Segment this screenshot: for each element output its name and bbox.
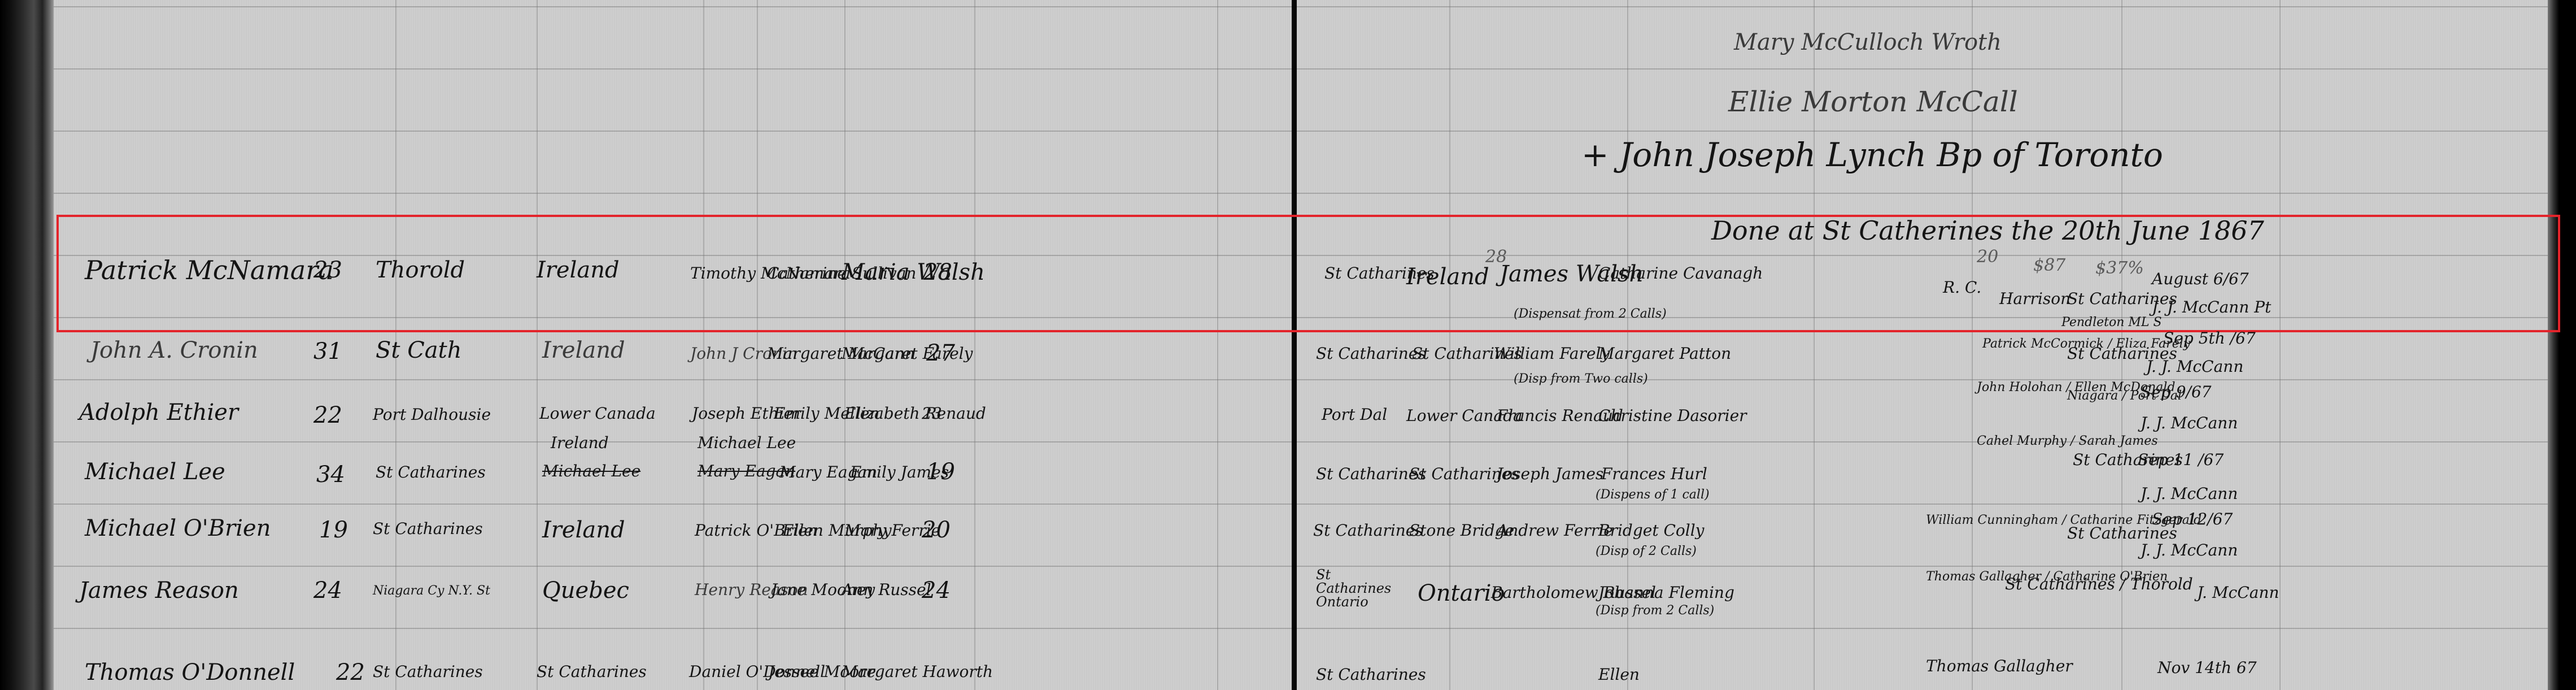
confirmation-note: Done at St Catherines the 20th June 1867 [1711, 218, 2264, 244]
book-edge-right [2548, 0, 2576, 690]
dispensation-note: (Dispensat from 2 Calls) [1514, 308, 1667, 320]
bride-father: Andrew Ferrie [1497, 523, 1613, 539]
signature-line-1: Mary McCulloch Wroth [1734, 31, 2002, 54]
groom-birthplace: Ireland [542, 339, 625, 362]
religion: R. C. [1943, 280, 1981, 296]
bishop-signature: + John Joseph Lynch Bp of Toronto [1581, 138, 2163, 171]
bride-mother: Johanna Fleming [1598, 585, 1734, 601]
book-spine-left [0, 0, 54, 690]
groom-birthplace: Ireland [551, 435, 609, 451]
bride-age: 28 [923, 261, 952, 284]
groom-residence: St Catharines [376, 465, 486, 480]
column-rule [1217, 0, 1218, 690]
bride-age: 19 [926, 461, 955, 483]
officiant: J. J. McCann Pt [2152, 300, 2271, 315]
bride-father: William Farely [1494, 346, 1610, 362]
bride-age: 20 [922, 519, 951, 541]
officiant: J. McCann [2197, 585, 2279, 601]
groom-residence: St Catharines [373, 521, 483, 537]
column-rule [537, 0, 538, 690]
groom-age: 31 [313, 340, 342, 363]
bride-mother: Ellen [1598, 667, 1640, 683]
groom-name: Patrick McNamara [85, 257, 334, 283]
bride-age: 27 [926, 342, 955, 364]
marriage-date: Sep 5th /67 [2163, 331, 2256, 346]
groom-residence: Niagara Cy N.Y. St [373, 585, 490, 597]
officiant: J. J. McCann [2141, 543, 2238, 558]
bride-name: Maria Walsh [842, 261, 985, 284]
groom-age: 24 [313, 579, 342, 602]
groom-residence: St Catharines [373, 664, 483, 680]
dispensation-note: (Disp of 2 Calls) [1596, 545, 1697, 558]
bride-name: Ann Russel [842, 582, 931, 598]
bride-mother: Frances Hurl [1601, 466, 1707, 482]
groom-age: 22 [313, 404, 342, 427]
marriage-date: August 6/67 [2152, 271, 2249, 287]
dispensation-note: (Disp from 2 Calls) [1596, 605, 1714, 617]
witnesses: Thomas Gallagher [1926, 658, 2073, 674]
groom-name: Thomas O'Donnell [85, 661, 295, 684]
bride-birthplace: Ireland [1406, 266, 1489, 288]
bride-residence: Port Dal [1322, 407, 1387, 423]
officiant: J. J. McCann [2141, 415, 2238, 431]
pencil-note: $37% [2095, 260, 2144, 277]
groom-birthplace: Ireland [542, 519, 625, 541]
dispensation-note: (Disp from Two calls) [1514, 373, 1648, 385]
bride-age: 23 [922, 406, 942, 422]
groom-name: Michael Lee [85, 461, 225, 483]
groom-birthplace: Lower Canada [539, 406, 656, 422]
marriage-date: Nov 14th 67 [2157, 660, 2257, 676]
signature-line-2: Ellie Morton McCall [1728, 88, 2018, 116]
groom-age: 19 [319, 519, 348, 541]
column-rule [2279, 0, 2281, 690]
groom-name: John A. Cronin [90, 339, 258, 362]
groom-name: Michael O'Brien [85, 517, 271, 540]
marriage-date: Sep 11 /67 [2138, 452, 2224, 468]
marriage-date: Sep 9/67 [2141, 384, 2211, 400]
bride-mother: Margaret Patton [1598, 346, 1731, 362]
bride-residence: St Catharines [1316, 667, 1426, 683]
groom-birthplace: Quebec [542, 579, 629, 602]
pencil-note: 20 [1977, 249, 1998, 266]
groom-age: 34 [316, 463, 345, 486]
bride-residence: St Catharines [1313, 523, 1423, 539]
groom-residence: Thorold [376, 259, 465, 281]
place-note: Pendleton ML S [2061, 316, 2162, 329]
dispensation-note: (Dispens of 1 call) [1596, 489, 1710, 501]
groom-birthplace: St Catharines [537, 664, 647, 680]
groom-age: 23 [313, 259, 342, 281]
groom-residence: Port Dalhousie [373, 407, 491, 423]
groom-name: James Reason [79, 579, 239, 602]
groom-age: 22 [336, 661, 365, 684]
groom-name: Adolph Ethier [79, 401, 238, 424]
witnesses: Harrison [1999, 291, 2071, 307]
bride-mother: Bridget Colly [1598, 523, 1705, 539]
bride-mother: Christine Dasorier [1598, 408, 1747, 424]
marriage-date: Sep 12/67 [2152, 511, 2233, 527]
bride-residence: St Catharines Ontario [1316, 568, 1401, 609]
officiant: J. J. McCann [2146, 359, 2243, 375]
bride-name: Margaret Haworth [842, 664, 993, 680]
bride-residence: St Catharines [1316, 346, 1426, 362]
column-rule [974, 0, 975, 690]
witnesses: Cahel Murphy / Sarah James [1977, 435, 2158, 448]
struck-entry: Michael Lee [542, 463, 640, 479]
groom-father: Michael Lee [698, 435, 796, 451]
marriage-place: St Catharines / Thorold [2005, 576, 2193, 592]
officiant: J. J. McCann [2141, 486, 2238, 502]
pencil-note: $87 [2033, 257, 2065, 274]
bride-father: Joseph James [1497, 466, 1603, 482]
book-gutter [1292, 0, 1297, 690]
bride-name: Elizabeth Renaud [844, 406, 986, 422]
bride-age: 24 [922, 579, 951, 602]
bride-mother: Catharine Cavanagh [1598, 266, 1763, 281]
groom-residence: St Cath [376, 339, 461, 362]
groom-birthplace: Ireland [537, 259, 620, 281]
